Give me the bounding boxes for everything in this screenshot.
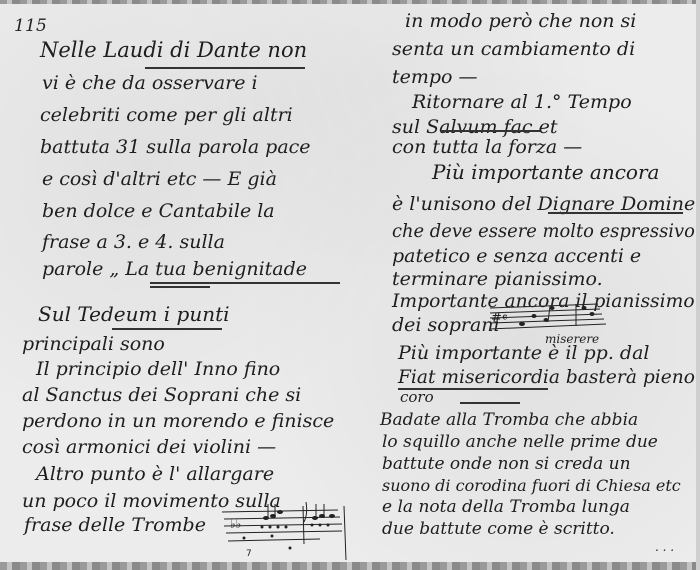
left-line-12: al Sanctus dei Soprani che si — [22, 384, 301, 406]
svg-text:♭♭: ♭♭ — [230, 517, 241, 531]
scan-edge-top — [0, 0, 700, 4]
left-line-1: Nelle Laudi di Dante non — [40, 38, 307, 62]
right-line-2: senta un cambiamento di — [392, 38, 635, 60]
left-line-10: principali sono — [22, 333, 165, 355]
right-line-16: Fiat misericordia basterà pieno — [398, 366, 695, 388]
right-line-13: dei soprani — [392, 314, 500, 336]
right-line-10: patetico e senza accenti e — [392, 245, 641, 267]
section-divider-right — [460, 402, 520, 404]
left-line-5: e così d'altri etc — E già — [42, 168, 277, 190]
left-line-2: vi è che da osservare i — [42, 72, 258, 94]
right-line-19: lo squillo anche nelle prime due — [382, 432, 658, 452]
left-line-4: battuta 31 sulla parola pace — [40, 136, 311, 158]
right-line-6: con tutta la forza — — [392, 136, 582, 158]
right-line-7: Più importante ancora — [432, 160, 659, 184]
right-line-22: e la nota della Tromba lunga — [382, 497, 630, 517]
underline-tedeum — [112, 328, 222, 330]
right-line-23: due battute come è scritto. — [382, 519, 615, 539]
left-line-15: Altro punto è l' allargare — [36, 463, 274, 485]
svg-text:7: 7 — [246, 549, 252, 559]
section-divider — [150, 286, 210, 288]
right-line-18: Badate alla Tromba che abbia — [380, 410, 638, 430]
letter-page: 115 Nelle Laudi di Dante non vi è che da… — [0, 0, 700, 570]
right-line-4: Ritornare al 1.° Tempo — [412, 91, 632, 113]
right-line-9: che deve essere molto espressivo — [392, 220, 695, 242]
svg-text:#𝄴: #𝄴 — [491, 311, 508, 326]
left-line-14: così armonici dei violini — — [22, 436, 276, 458]
right-line-3: tempo — — [392, 66, 478, 88]
underline-benignitade — [150, 282, 340, 284]
left-line-17: frase delle Trombe — [24, 514, 206, 536]
underline-laudi-di-dante — [145, 67, 305, 69]
scan-edge-right — [696, 0, 700, 570]
left-line-13: perdono in un morendo e finisce — [22, 410, 334, 432]
right-line-20: battute onde non si creda un — [382, 454, 631, 474]
right-line-15: Più importante è il pp. dal — [398, 342, 649, 364]
right-line-11: terminare pianissimo. — [392, 268, 603, 290]
music-excerpt-trumpets: ♭♭ 7 — [220, 500, 350, 560]
left-line-7: frase a 3. e 4. sulla — [42, 231, 225, 253]
underline-dignare-domine — [548, 212, 683, 214]
scan-edge-bottom — [0, 562, 700, 570]
left-line-11: Il principio dell' Inno fino — [36, 358, 280, 380]
left-line-9: Sul Tedeum i punti — [38, 302, 230, 326]
right-line-21: suono di corodina fuori di Chiesa etc — [382, 476, 681, 495]
left-line-6: ben dolce e Cantabile la — [42, 200, 275, 222]
closing-dots: . . . — [655, 540, 674, 554]
right-line-1: in modo però che non si — [405, 10, 636, 32]
right-line-5: sul Salvum fac et — [392, 116, 557, 138]
underline-salvum-fac — [440, 130, 540, 132]
right-line-17: coro — [400, 388, 434, 406]
left-line-3: celebriti come per gli altri — [40, 104, 293, 126]
page-number: 115 — [14, 16, 47, 36]
left-line-8: parole „ La tua benignitade — [42, 258, 307, 280]
